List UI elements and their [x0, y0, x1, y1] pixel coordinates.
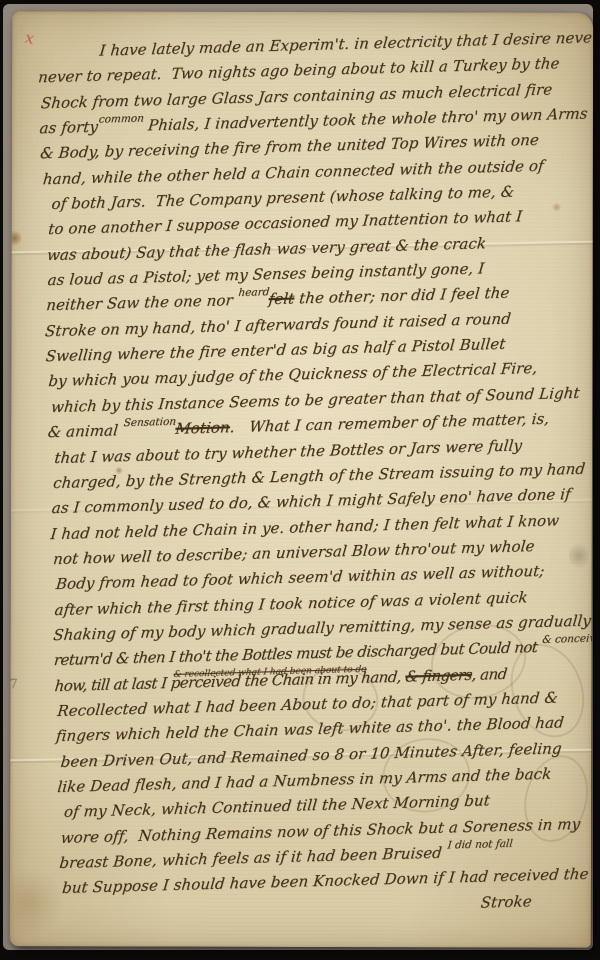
- interlined-insertion: common: [97, 106, 145, 133]
- handwritten-text: how, till at last: [54, 674, 162, 695]
- interlined-insertion: heard: [237, 281, 270, 307]
- red-x-mark: x: [24, 28, 36, 48]
- manuscript-photo: x 7 I have lately made an Experim't. in …: [0, 0, 600, 960]
- handwritten-text: & animal: [47, 421, 124, 441]
- handwritten-text: neither Saw the one nor: [46, 291, 239, 314]
- stain: [10, 229, 22, 247]
- struck-out-text: felt: [268, 290, 295, 309]
- interlined-insertion: Sensation: [122, 410, 177, 437]
- handwritten-text: , and: [471, 664, 508, 683]
- manuscript-page: x 7 I have lately made an Experim't. in …: [10, 11, 593, 948]
- struck-out-text: Motion: [175, 418, 231, 438]
- stain: [10, 866, 62, 940]
- handwritten-text: the other; nor did I feel the: [293, 284, 510, 308]
- interlined-insertion: I did not fall: [446, 832, 514, 859]
- manuscript-text: I have lately made an Experim't. in elec…: [37, 25, 593, 927]
- struck-out-text: & fingers: [404, 665, 472, 685]
- handwritten-text: Stroke: [480, 892, 533, 911]
- interlined-insertion: & conceiv'd: [541, 626, 593, 653]
- handwritten-text: . What I can remember of the matter, is,: [229, 410, 550, 437]
- struck-interlined-insertion: & recollected what I had been about to d…: [172, 657, 368, 688]
- pencil-margin-mark: 7: [10, 677, 18, 692]
- handwritten-text: as forty: [39, 118, 99, 138]
